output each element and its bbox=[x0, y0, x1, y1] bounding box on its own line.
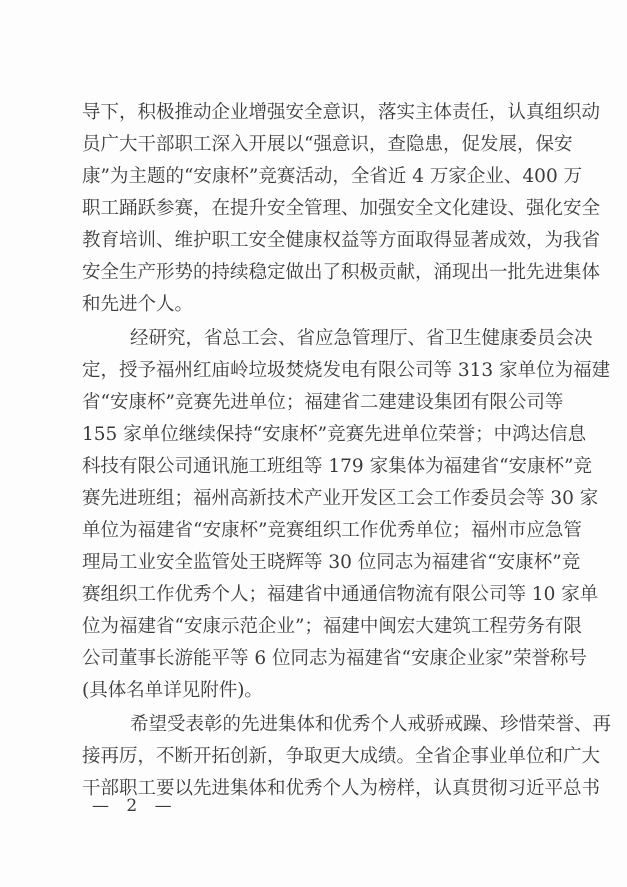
page-number: — 2 — bbox=[92, 796, 178, 816]
paragraph-2-line-10: 位为福建省“安康示范企业”；福建中闽宏大建筑工程劳务有限 bbox=[82, 615, 562, 639]
paragraph-1-line-3: 康”为主题的“安康杯”竞赛活动，全省近 4 万家企业、400 万 bbox=[82, 165, 562, 189]
paragraph-1-line-7: 和先进个人。 bbox=[82, 293, 562, 317]
paragraph-3-line-2: 接再厉，不断开拓创新，争取更大成绩。全省企事业单位和广大 bbox=[82, 745, 562, 769]
paragraph-2-line-5: 科技有限公司通讯施工班组等 179 家集体为福建省“安康杯”竞 bbox=[82, 455, 562, 479]
paragraph-2-line-7: 单位为福建省“安康杯”竞赛组织工作优秀单位；福州市应急管 bbox=[82, 519, 562, 543]
paragraph-2-line-11: 公司董事长游能平等 6 位同志为福建省“安康企业家”荣誉称号 bbox=[82, 647, 562, 671]
paragraph-2-line-1: 经研究，省总工会、省应急管理厅、省卫生健康委员会决 bbox=[130, 327, 562, 351]
paragraph-2-line-4: 155 家单位继续保持“安康杯”竞赛先进单位荣誉；中鸿达信息 bbox=[82, 423, 562, 447]
paragraph-3-line-1: 希望受表彰的先进集体和优秀个人戒骄戒躁、珍惜荣誉、再 bbox=[130, 713, 562, 737]
paragraph-2-line-8: 理局工业安全监管处王晓辉等 30 位同志为福建省“安康杯”竞 bbox=[82, 551, 562, 575]
paragraph-1-line-5: 教育培训、维护职工安全健康权益等方面取得显著成效，为我省 bbox=[82, 229, 562, 253]
paragraph-2-line-9: 赛组织工作优秀个人；福建省中通通信物流有限公司等 10 家单 bbox=[82, 583, 562, 607]
paragraph-2-line-12: (具体名单详见附件)。 bbox=[82, 679, 562, 703]
paragraph-1-line-2: 员广大干部职工深入开展以“强意识，查隐患，促发展，保安 bbox=[82, 133, 562, 157]
paragraph-2-line-2: 定，授予福州红庙岭垃圾焚烧发电有限公司等 313 家单位为福建 bbox=[82, 359, 562, 383]
paragraph-1-line-4: 职工踊跃参赛，在提升安全管理、加强安全文化建设、强化安全 bbox=[82, 197, 562, 221]
paragraph-2-line-6: 赛先进班组；福州高新技术产业开发区工会工作委员会等 30 家 bbox=[82, 487, 562, 511]
document-page: 导下，积极推动企业增强安全意识，落实主体责任，认真组织动 员广大干部职工深入开展… bbox=[0, 0, 627, 887]
paragraph-1-line-6: 安全生产形势的持续稳定做出了积极贡献，涌现出一批先进集体 bbox=[82, 261, 562, 285]
paragraph-1-line-1: 导下，积极推动企业增强安全意识，落实主体责任，认真组织动 bbox=[82, 101, 562, 125]
paragraph-2-line-3: 省“安康杯”竞赛先进单位；福建省二建建设集团有限公司等 bbox=[82, 391, 562, 415]
